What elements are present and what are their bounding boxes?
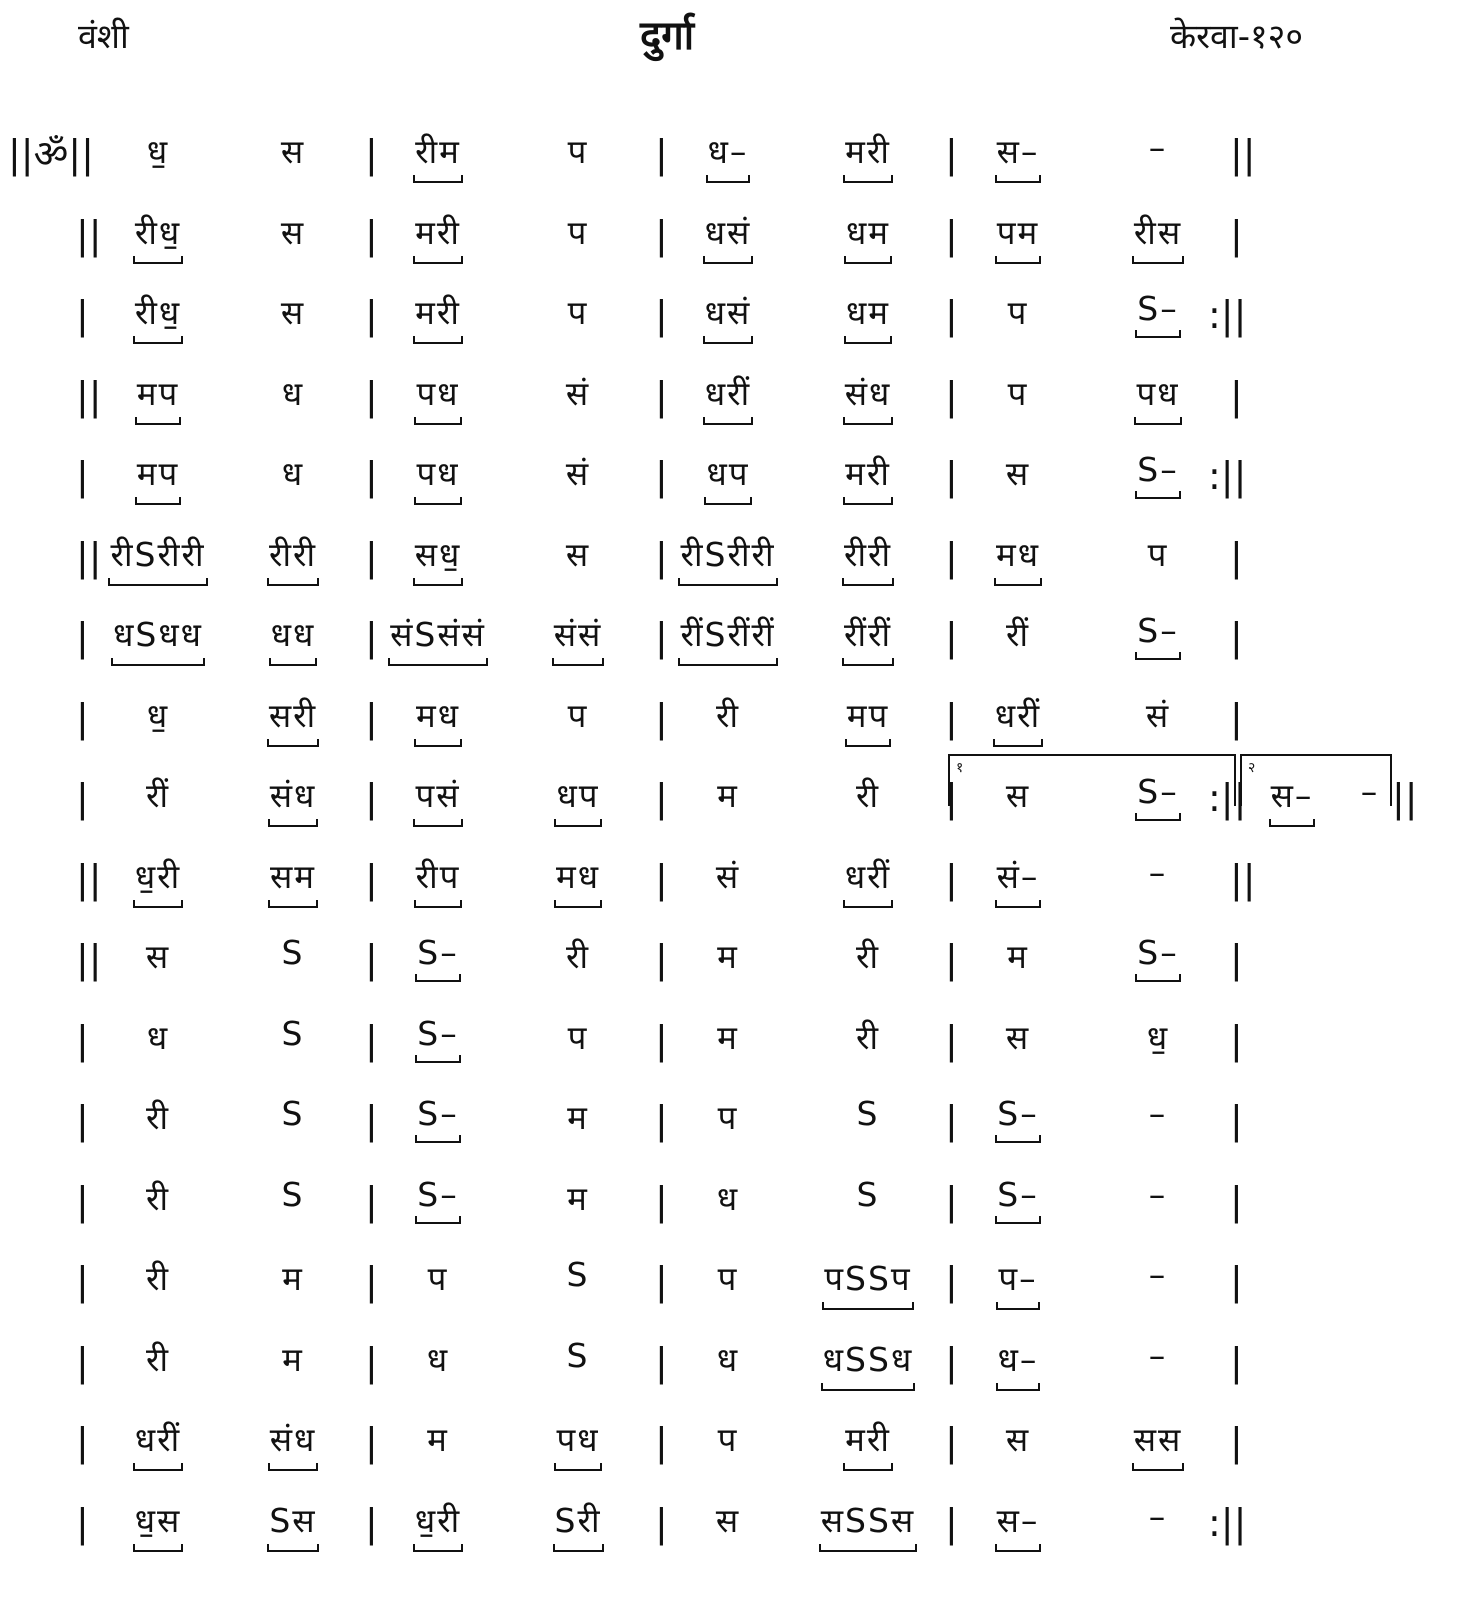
- notation-row: |रीमधSधधSSधध––||||: [0, 1336, 1466, 1396]
- grouped-notes: रीध॒: [133, 209, 183, 254]
- note: री: [564, 933, 592, 978]
- vibhag-barline: |: [365, 1098, 378, 1142]
- taal-label: केरवा-१२०: [1170, 12, 1303, 58]
- note-cell: S: [498, 1336, 658, 1396]
- note-cell: मरी: [358, 209, 518, 269]
- vibhag-barline: |: [945, 937, 958, 981]
- notation-row: |रीSS–मपSS––||||: [0, 1094, 1466, 1154]
- grouped-notes: Sरी: [553, 1497, 604, 1542]
- instrument-label: वंशी: [78, 12, 129, 58]
- note: स: [1004, 1416, 1032, 1461]
- note: S: [280, 1014, 307, 1053]
- vibhag-barline: |: [945, 1259, 958, 1303]
- grouped-notes: S–: [1135, 611, 1180, 650]
- grouped-notes: सरी: [267, 692, 319, 737]
- note-cell: –: [1078, 128, 1238, 188]
- row-end-barline: |: [1230, 696, 1243, 740]
- vibhag-barline: |: [945, 1501, 958, 1545]
- grouped-notes: पSSप: [822, 1255, 913, 1300]
- grouped-notes: धSधध: [111, 611, 205, 656]
- note-cell: प: [498, 289, 658, 349]
- vibhag-barline: |: [655, 615, 668, 659]
- note: स: [279, 209, 307, 254]
- notation-row: |ध॒सSसध॒रीSरीससSSसस––|||:||: [0, 1497, 1466, 1557]
- note: ध: [145, 1014, 171, 1059]
- note-cell: स: [648, 1497, 808, 1557]
- note: ध॒: [145, 692, 171, 737]
- note-cell: –: [1078, 853, 1238, 913]
- note-cell: मरी: [358, 289, 518, 349]
- note-cell: S–: [358, 1175, 518, 1235]
- grouped-notes: S–: [995, 1094, 1040, 1133]
- note: प: [1006, 289, 1031, 334]
- row-end-barline: :||: [1208, 1501, 1246, 1545]
- note: म: [280, 1255, 306, 1300]
- note-cell: म: [213, 1255, 373, 1315]
- note: प: [426, 1255, 451, 1300]
- note-cell: ध॒री: [358, 1497, 518, 1557]
- vibhag-barline: |: [655, 535, 668, 579]
- note: म: [280, 1336, 306, 1381]
- note: –: [1147, 1094, 1170, 1133]
- note: सं: [1144, 692, 1172, 737]
- row-end-barline: |: [1230, 1098, 1243, 1142]
- note-cell: सध॒: [358, 531, 518, 591]
- note-cell: ध–: [938, 1336, 1098, 1396]
- grouped-notes: मरी: [413, 289, 463, 334]
- grouped-notes: ध॒री: [413, 1497, 463, 1542]
- grouped-notes: Sस: [267, 1497, 318, 1542]
- note: –: [1147, 1497, 1170, 1536]
- note-cell: S: [788, 1094, 948, 1154]
- note-cell: री: [648, 692, 808, 752]
- note-cell: रीरी: [213, 531, 373, 591]
- note: प: [566, 128, 591, 173]
- note-cell: Sस: [213, 1497, 373, 1557]
- note-cell: पध: [498, 1416, 658, 1476]
- grouped-notes: रींरीं: [842, 611, 894, 656]
- note-cell: म: [358, 1416, 518, 1476]
- note-cell: स: [498, 531, 658, 591]
- grouped-notes: पध: [554, 1416, 601, 1461]
- vibhag-barline: |: [365, 374, 378, 418]
- vibhag-barline: |: [365, 1420, 378, 1464]
- note-cell: संध: [213, 772, 373, 832]
- note: स: [564, 531, 592, 576]
- grouped-notes: रीरी: [267, 531, 319, 576]
- vibhag-barline: |: [365, 776, 378, 820]
- note-cell: संसं: [498, 611, 658, 671]
- vibhag-barline: |: [365, 454, 378, 498]
- notation-row: |रीमपSपपSSपप––||||: [0, 1255, 1466, 1315]
- vibhag-barline: |: [655, 213, 668, 257]
- grouped-notes: S–: [995, 1175, 1040, 1214]
- note-cell: स: [213, 128, 373, 188]
- grouped-notes: संSसंसं: [388, 611, 488, 656]
- notation-row: |मपधपधसंधपमरीसS–|||:||: [0, 450, 1466, 510]
- vibhag-barline: |: [655, 1018, 668, 1062]
- row-end-barline: |: [1230, 1259, 1243, 1303]
- note: री: [854, 1014, 882, 1059]
- note: री: [854, 933, 882, 978]
- note: म: [715, 933, 741, 978]
- notation-row: |धSधधधधसंSसंसंसंसंरींSरींरींरींरींरींS–|…: [0, 611, 1466, 671]
- note-cell: ध: [358, 1336, 518, 1396]
- raga-title: दुर्गा: [640, 6, 694, 61]
- note-cell: धध: [213, 611, 373, 671]
- grouped-notes: सस: [1132, 1416, 1185, 1461]
- note-cell: प: [938, 289, 1098, 349]
- vibhag-barline: |: [655, 1420, 668, 1464]
- vibhag-barline: |: [945, 1340, 958, 1384]
- note: –: [1147, 1175, 1170, 1214]
- grouped-notes: मप: [135, 370, 181, 415]
- note: स: [279, 289, 307, 334]
- note-cell: S–: [358, 1094, 518, 1154]
- vibhag-barline: |: [655, 776, 668, 820]
- grouped-notes: ध॒स: [133, 1497, 184, 1542]
- vibhag-barline: |: [655, 696, 668, 740]
- note: स: [714, 1497, 742, 1542]
- note-cell: री: [788, 1014, 948, 1074]
- grouped-notes: मध: [554, 853, 602, 898]
- grouped-notes: धSSध: [821, 1336, 916, 1381]
- row-end-barline: ||: [1230, 132, 1256, 176]
- vibhag-barline: |: [655, 293, 668, 337]
- grouped-notes: रीध॒: [133, 289, 183, 334]
- vibhag-barline: |: [365, 857, 378, 901]
- vibhag-barline: |: [655, 132, 668, 176]
- notation-row: |रीध॒समरीपधसंधमपS–|||:||: [0, 289, 1466, 349]
- grouped-notes: धसं: [703, 209, 754, 254]
- note: ध: [715, 1336, 741, 1381]
- grouped-notes: संध: [843, 370, 894, 415]
- grouped-notes: संसं: [552, 611, 605, 656]
- note-cell: धसं: [648, 209, 808, 269]
- note-cell: रींरीं: [788, 611, 948, 671]
- note-cell: सं: [498, 450, 658, 510]
- vibhag-barline: |: [945, 1018, 958, 1062]
- vibhag-barline: |: [945, 454, 958, 498]
- note-cell: S: [213, 1175, 373, 1235]
- note-cell: धरीं: [788, 853, 948, 913]
- grouped-notes: धप: [704, 450, 751, 495]
- note-cell: प: [1078, 531, 1238, 591]
- note: S: [565, 1255, 592, 1294]
- note-cell: धप: [648, 450, 808, 510]
- note: स: [1004, 450, 1032, 495]
- note-cell: सरी: [213, 692, 373, 752]
- grouped-notes: मध: [414, 692, 462, 737]
- note-cell: स: [213, 209, 373, 269]
- note-cell: पSSप: [788, 1255, 948, 1315]
- note-cell: S–: [1078, 611, 1238, 671]
- note-cell: सं: [1078, 692, 1238, 752]
- vibhag-barline: |: [945, 293, 958, 337]
- notation-row: |ध॒सरीमधपरीमपधरींसं||||: [0, 692, 1466, 752]
- notation-row: |रीSS–मधSS––||||: [0, 1175, 1466, 1235]
- note-cell: म: [648, 1014, 808, 1074]
- grouped-notes: प–: [996, 1255, 1039, 1300]
- row-end-barline: |: [1230, 615, 1243, 659]
- vibhag-barline: |: [365, 535, 378, 579]
- note-cell: रीस: [1078, 209, 1238, 269]
- note-cell: –: [1078, 1336, 1238, 1396]
- note-cell: ध॒: [1078, 1014, 1238, 1074]
- note-cell: S–: [938, 1094, 1098, 1154]
- vibhag-barline: |: [945, 1098, 958, 1142]
- notation-row: |रींसंधपसंधपमरीसS–|||:||१२स––||: [0, 772, 1466, 832]
- note-cell: ध–: [648, 128, 808, 188]
- grouped-notes: सम: [268, 853, 318, 898]
- note-cell: S: [788, 1175, 948, 1235]
- note-cell: प: [358, 1255, 518, 1315]
- notation-row: ||ध॒रीसमरीपमधसंधरींसं––|||||: [0, 853, 1466, 913]
- note-cell: सSSस: [788, 1497, 948, 1557]
- note: प: [1146, 531, 1171, 576]
- note: स: [279, 128, 307, 173]
- note: ध: [280, 370, 306, 415]
- note: प: [1006, 370, 1031, 415]
- note: प: [566, 209, 591, 254]
- grouped-notes: ध॒री: [133, 853, 183, 898]
- note-cell: रीं: [938, 611, 1098, 671]
- note: S: [280, 1175, 307, 1214]
- note: सं: [714, 853, 742, 898]
- note-cell: S–: [358, 933, 518, 993]
- note-cell: पध: [1078, 370, 1238, 430]
- note-cell: म: [213, 1336, 373, 1396]
- note-cell: मध: [358, 692, 518, 752]
- note: स: [1004, 1014, 1032, 1059]
- note-cell: प: [498, 1014, 658, 1074]
- note: री: [714, 692, 742, 737]
- row-end-barline: |: [1230, 374, 1243, 418]
- note-cell: –: [1078, 1255, 1238, 1315]
- note-cell: स–: [938, 128, 1098, 188]
- grouped-notes: S–: [415, 1175, 460, 1214]
- grouped-notes: पध: [414, 370, 461, 415]
- notation-row: ||ॐ||ध॒सरीमपध–मरीस––|||||: [0, 128, 1466, 188]
- vibhag-barline: |: [655, 1259, 668, 1303]
- grouped-notes: स–: [995, 1497, 1042, 1542]
- vibhag-barline: |: [945, 615, 958, 659]
- note: प: [566, 1014, 591, 1059]
- row-end-barline: |: [1230, 1340, 1243, 1384]
- note: प: [716, 1416, 741, 1461]
- note: S: [855, 1094, 882, 1133]
- note-cell: प: [498, 209, 658, 269]
- grouped-notes: धप: [554, 772, 601, 817]
- notation-row: ||सSS–रीमरीमS–||||: [0, 933, 1466, 993]
- grouped-notes: ध–: [996, 1336, 1041, 1381]
- grouped-notes: धसं: [703, 289, 754, 334]
- note-cell: पम: [938, 209, 1098, 269]
- note-cell: प–: [938, 1255, 1098, 1315]
- note: म: [565, 1175, 591, 1220]
- notation-row: |धSS–पमरीसध॒||||: [0, 1014, 1466, 1074]
- note: ध॒: [1145, 1014, 1171, 1059]
- note-cell: रीम: [358, 128, 518, 188]
- note: री: [144, 1175, 172, 1220]
- note: सं: [564, 370, 592, 415]
- grouped-notes: धरीं: [133, 1416, 183, 1461]
- note: S: [565, 1336, 592, 1375]
- notation-row: ||मपधपधसंधरींसंधपपध||||: [0, 370, 1466, 430]
- grouped-notes: धम: [844, 289, 892, 334]
- vibhag-barline: |: [655, 454, 668, 498]
- note: री: [854, 772, 882, 817]
- note: S: [280, 1094, 307, 1133]
- note-cell: धसं: [648, 289, 808, 349]
- note-cell: धप: [498, 772, 658, 832]
- note: S: [280, 933, 307, 972]
- grouped-notes: ध–: [706, 128, 751, 173]
- note-cell: S: [498, 1255, 658, 1315]
- note-cell: री: [788, 772, 948, 832]
- note: प: [566, 692, 591, 737]
- vibhag-barline: |: [365, 696, 378, 740]
- note-cell: प: [938, 370, 1098, 430]
- note: S: [855, 1175, 882, 1214]
- note: –: [1359, 772, 1382, 811]
- note-cell: धरीं: [648, 370, 808, 430]
- note-cell: म: [938, 933, 1098, 993]
- note: री: [144, 1094, 172, 1139]
- note-cell: स–: [938, 1497, 1098, 1557]
- grouped-notes: धरीं: [993, 692, 1043, 737]
- note-cell: धम: [788, 289, 948, 349]
- note-cell: प: [648, 1094, 808, 1154]
- note: सं: [564, 450, 592, 495]
- grouped-notes: रींSरींरीं: [678, 611, 777, 656]
- grouped-notes: संध: [268, 1416, 319, 1461]
- note-cell: S–: [1078, 933, 1238, 993]
- note: प: [716, 1094, 741, 1139]
- grouped-notes: संध: [268, 772, 319, 817]
- note: म: [425, 1416, 451, 1461]
- vibhag-barline: |: [945, 132, 958, 176]
- note: री: [144, 1336, 172, 1381]
- note: स: [144, 933, 172, 978]
- note-cell: संSसंसं: [358, 611, 518, 671]
- note-cell: –: [1078, 1175, 1238, 1235]
- note-cell: रींSरींरीं: [648, 611, 808, 671]
- note-cell: सं–: [938, 853, 1098, 913]
- vibhag-barline: |: [655, 374, 668, 418]
- row-end-barline: :||: [1208, 293, 1246, 337]
- note-cell: मध: [498, 853, 658, 913]
- vibhag-barline: |: [365, 293, 378, 337]
- vibhag-barline: |: [945, 374, 958, 418]
- row-end-barline: |: [1230, 1179, 1243, 1223]
- grouped-notes: पध: [1134, 370, 1181, 415]
- note: प: [566, 289, 591, 334]
- note-cell: संध: [788, 370, 948, 430]
- notation-row: |धरींसंधमपधपमरीससस||||: [0, 1416, 1466, 1476]
- note-cell: मरी: [788, 450, 948, 510]
- grouped-notes: पम: [995, 209, 1041, 254]
- grouped-notes: रीम: [413, 128, 463, 173]
- grouped-notes: मप: [845, 692, 891, 737]
- vibhag-barline: |: [945, 535, 958, 579]
- grouped-notes: रीरी: [842, 531, 894, 576]
- note-cell: रीप: [358, 853, 518, 913]
- note-cell: S–: [938, 1175, 1098, 1235]
- grouped-notes: S–: [1135, 450, 1180, 489]
- grouped-notes: रीSरीरी: [678, 531, 777, 576]
- note-cell: S: [213, 1094, 373, 1154]
- grouped-notes: धध: [269, 611, 318, 656]
- grouped-notes: मरी: [413, 209, 463, 254]
- grouped-notes: मरी: [843, 450, 893, 495]
- note-cell: संध: [213, 1416, 373, 1476]
- grouped-notes: रीप: [414, 853, 463, 898]
- row-end-barline: |: [1230, 937, 1243, 981]
- first-ending-number: १: [956, 758, 963, 777]
- note-cell: मरी: [788, 128, 948, 188]
- note-cell: स: [938, 1014, 1098, 1074]
- note-cell: सम: [213, 853, 373, 913]
- note-cell: ध: [213, 370, 373, 430]
- grouped-notes: मरी: [843, 1416, 893, 1461]
- note-cell: S: [213, 1014, 373, 1074]
- grouped-notes: सSSस: [819, 1497, 918, 1542]
- grouped-notes: धरीं: [703, 370, 753, 415]
- grouped-notes: मरी: [843, 128, 893, 173]
- vibhag-barline: |: [655, 1098, 668, 1142]
- vibhag-barline: |: [945, 696, 958, 740]
- grouped-notes: स–: [995, 128, 1042, 173]
- note: म: [715, 1014, 741, 1059]
- row-end-barline: ||: [1230, 857, 1256, 901]
- note-cell: मध: [938, 531, 1098, 591]
- grouped-notes: S–: [415, 1094, 460, 1133]
- grouped-notes: मध: [994, 531, 1042, 576]
- note-cell: प: [498, 692, 658, 752]
- note-cell: सस: [1078, 1416, 1238, 1476]
- note-cell: स: [213, 289, 373, 349]
- vibhag-barline: |: [365, 615, 378, 659]
- note: –: [1147, 1336, 1170, 1375]
- vibhag-barline: |: [365, 937, 378, 981]
- note-cell: स: [938, 1416, 1098, 1476]
- note: म: [565, 1094, 591, 1139]
- note-cell: प: [498, 128, 658, 188]
- note-cell: प: [648, 1255, 808, 1315]
- note-cell: Sरी: [498, 1497, 658, 1557]
- vibhag-barline: |: [365, 213, 378, 257]
- note: री: [144, 1255, 172, 1300]
- note: ध॒: [145, 128, 171, 173]
- note-cell: धSSध: [788, 1336, 948, 1396]
- row-end-barline: |: [1230, 535, 1243, 579]
- note-cell: ध: [213, 450, 373, 510]
- note: –: [1147, 853, 1170, 892]
- grouped-notes: रीSरीरी: [108, 531, 207, 576]
- grouped-notes: पसं: [413, 772, 462, 817]
- note-cell: –: [1290, 772, 1450, 832]
- note: रीं: [144, 772, 172, 817]
- note-cell: री: [498, 933, 658, 993]
- note-cell: म: [648, 772, 808, 832]
- note: ध: [425, 1336, 451, 1381]
- grouped-notes: S–: [1135, 289, 1180, 328]
- vibhag-barline: |: [365, 1259, 378, 1303]
- vibhag-barline: |: [945, 1420, 958, 1464]
- note: ध: [715, 1175, 741, 1220]
- note: –: [1147, 1255, 1170, 1294]
